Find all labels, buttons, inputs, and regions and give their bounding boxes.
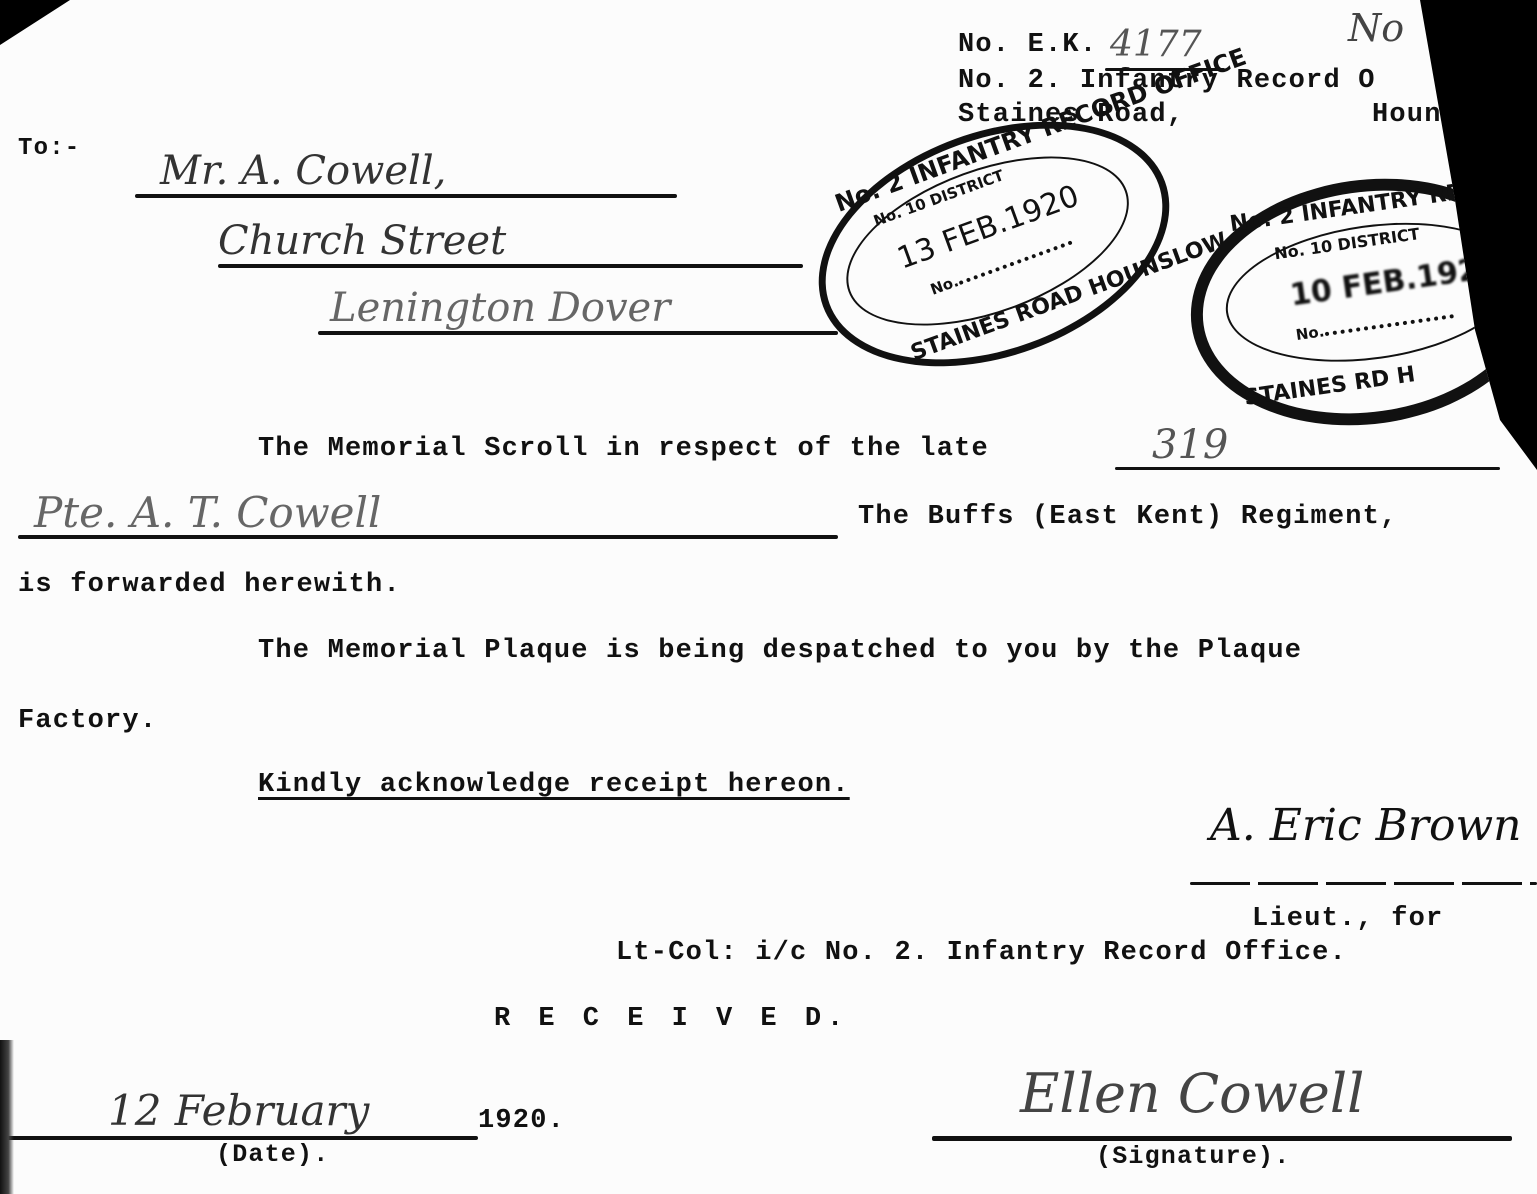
page-edge-shadow [0,1040,14,1194]
officer-signature: A. Eric Brown [1210,800,1521,851]
office-address-town: Houn [1372,100,1442,130]
addressee-street: Church Street [218,218,506,264]
receipt-signature: Ellen Cowell [1020,1062,1364,1125]
receipt-year: 1920. [478,1106,565,1136]
addressee-town: Lenington Dover [330,285,670,331]
receipt-signature-label: (Signature). [1096,1142,1290,1171]
officer-title-2: Lt-Col: i/c No. 2. Infantry Record Offic… [616,938,1347,968]
service-number-line [1115,467,1500,470]
reference-number: 4177 [1110,24,1202,65]
top-right-handwritten-number: No [1348,6,1404,50]
body-line-5: Factory. [18,706,157,736]
received-heading: R E C E I V E D. [494,1004,849,1034]
soldier-name-line [18,535,838,539]
body-line-3: is forwarded herewith. [18,570,401,600]
to-label: To:- [18,135,80,162]
addressee-town-line [318,331,838,335]
receipt-date: 12 February [108,1086,369,1135]
addressee-name-line [135,194,677,198]
officer-signature-line [1190,882,1537,885]
reference-label: No. E.K. [958,30,1097,60]
receipt-date-label: (Date). [216,1140,329,1169]
document-page: No. E.K. 4177 No No. 2. Infantry Record … [0,0,1537,1194]
record-office-stamp-2: No. 2 INFANTRY RECORD No. 10 DISTRICT 10… [1175,157,1537,448]
body-line-4: The Memorial Plaque is being despatched … [258,636,1302,666]
regiment: The Buffs (East Kent) Regiment, [858,502,1397,532]
addressee-name: Mr. A. Cowell, [160,148,446,194]
addressee-street-line [218,264,803,268]
service-number: 319 [1152,422,1228,468]
body-line-1: The Memorial Scroll in respect of the la… [258,434,989,464]
receipt-signature-line [932,1136,1512,1141]
officer-title-1: Lieut., for [1252,904,1443,934]
body-line-6: Kindly acknowledge receipt hereon. [258,770,850,800]
soldier-name: Pte. A. T. Cowell [34,488,381,537]
